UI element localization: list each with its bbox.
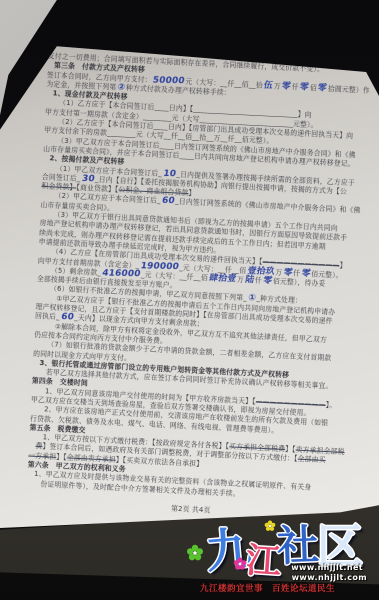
- handwriting: 50000: [151, 76, 186, 86]
- handwriting: 肆拾壹: [207, 274, 238, 284]
- site-tagline: 九江楼韵宜世事 百姓论坛道民生: [200, 582, 378, 594]
- handwriting: 零: [281, 268, 294, 277]
- handwriting: 零: [261, 277, 274, 286]
- document-lines: 支付之一切费用；合同填写面积若与实际面积存在差异，合同继续履行，成交价款不变）。…: [26, 52, 378, 523]
- printed-text: 佰元整）。: [311, 270, 343, 280]
- printed-text: 第四条 交楼时间: [32, 377, 88, 388]
- printed-text: 回执后_: [35, 312, 60, 321]
- handwriting: 30: [80, 175, 96, 185]
- handwriting: 零: [280, 82, 293, 91]
- handwriting: 零: [316, 84, 329, 93]
- printed-text: 积金贷款】: [41, 182, 76, 192]
- handwriting: 伍: [262, 81, 275, 90]
- printed-text: 第2页 共4页: [171, 505, 211, 515]
- handwriting: ①: [246, 295, 257, 304]
- printed-text: 第五条 税费缴交: [29, 423, 85, 434]
- contract-paper: 支付之一切费用；合同填写面积若与实际面积存在差异，合同继续履行，成交价款不变）。…: [0, 0, 379, 600]
- printed-text: 】: [339, 262, 346, 270]
- printed-text: 】【: [56, 453, 67, 462]
- printed-text: 拾圆元整）作: [328, 84, 370, 94]
- handwriting: 零: [298, 83, 311, 92]
- handwriting: 零: [299, 269, 312, 278]
- handwriting: 10: [161, 169, 177, 179]
- printed-text: 合同签订后_: [42, 173, 81, 183]
- handwriting: ②: [116, 83, 127, 92]
- printed-text: 】: [188, 189, 195, 197]
- handwriting: 陆: [243, 276, 256, 285]
- printed-text: 全部由买: [297, 455, 325, 464]
- photo-of-contract: 支付之一切费用；合同填写面积若与实际面积存在差异，合同继续履行，成交价款不变）。…: [0, 0, 379, 600]
- handwriting: 60: [59, 313, 75, 323]
- printed-text: 一方承担: [28, 451, 56, 460]
- printed-text: 】。: [326, 401, 337, 410]
- printed-text: 】【: [285, 445, 296, 454]
- handwriting: 416000: [100, 269, 142, 279]
- handwriting: 60: [160, 197, 176, 207]
- handwriting: 190000: [138, 262, 180, 272]
